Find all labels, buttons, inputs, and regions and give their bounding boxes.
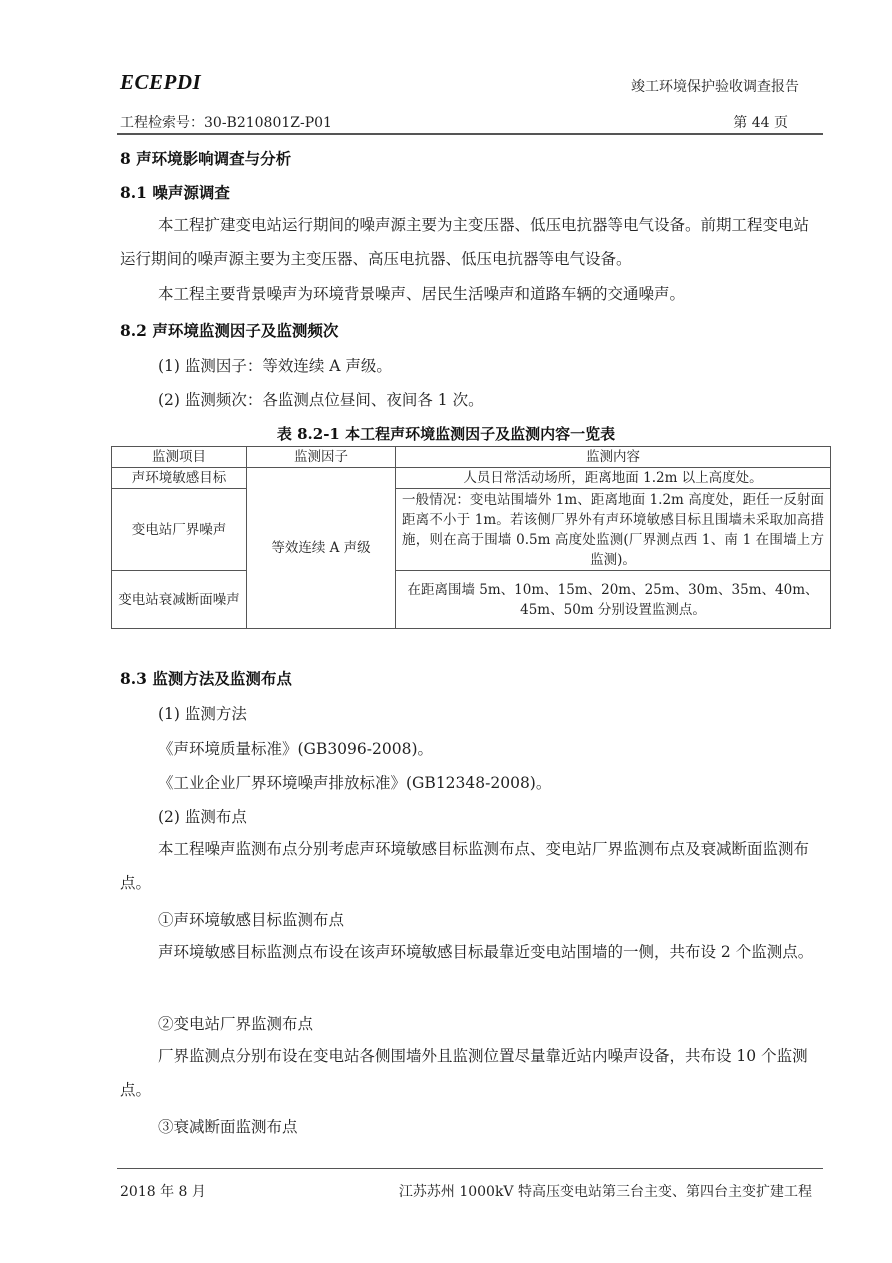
table-header-cell: 监测内容 — [396, 447, 831, 468]
list-item-monitoring-method: (1) 监测方法 — [158, 702, 247, 724]
table-cell-content: 一般情况：变电站围墙外 1m、距离地面 1.2m 高度处，距任一反射面距离不小于… — [396, 489, 831, 571]
page-number: 第 44 页 — [733, 112, 788, 132]
section-heading-8: 8 声环境影响调查与分析 — [120, 147, 291, 169]
table-cell-item: 声环境敏感目标 — [112, 468, 247, 489]
footer-project-name: 江苏苏州 1000kV 特高压变电站第三台主变、第四台主变扩建工程 — [399, 1181, 812, 1201]
table-header-cell: 监测项目 — [112, 447, 247, 468]
table-cell-content: 在距离围墙 5m、10m、15m、20m、25m、30m、35m、40m、45m… — [396, 571, 831, 629]
section-heading-8-3: 8.3 监测方法及监测布点 — [120, 667, 292, 689]
table-cell-item: 变电站厂界噪声 — [112, 489, 247, 571]
table-caption: 表 8.2-1 本工程声环境监测因子及监测内容一览表 — [0, 423, 892, 444]
header-divider — [117, 133, 823, 135]
report-title: 竣工环境保护验收调查报告 — [631, 76, 799, 96]
subheading-boundary: ②变电站厂界监测布点 — [158, 1012, 313, 1034]
list-item-monitoring-factor: (1) 监测因子：等效连续 A 声级。 — [158, 354, 392, 376]
table-cell-factor: 等效连续 A 声级 — [247, 468, 396, 629]
monitoring-table: 监测项目 监测因子 监测内容 声环境敏感目标 等效连续 A 声级 人员日常活动场… — [111, 446, 831, 629]
table-cell-item: 变电站衰减断面噪声 — [112, 571, 247, 629]
table-row: 声环境敏感目标 等效连续 A 声级 人员日常活动场所，距离地面 1.2m 以上高… — [112, 468, 831, 489]
company-logo: ECEPDI — [120, 70, 201, 95]
table-row: 变电站衰减断面噪声 在距离围墙 5m、10m、15m、20m、25m、30m、3… — [112, 571, 831, 629]
list-item-monitoring-layout: (2) 监测布点 — [158, 805, 247, 827]
subheading-attenuation: ③衰减断面监测布点 — [158, 1115, 298, 1137]
paragraph-layout-overview: 本工程噪声监测布点分别考虑声环境敏感目标监测布点、变电站厂界监测布点及衰减断面监… — [120, 832, 822, 900]
list-item-monitoring-frequency: (2) 监测频次：各监测点位昼间、夜间各 1 次。 — [158, 388, 484, 410]
document-page: ECEPDI 竣工环境保护验收调查报告 工程检索号：30-B210801Z-P0… — [0, 0, 892, 1263]
footer-date: 2018 年 8 月 — [120, 1181, 206, 1201]
table-header-row: 监测项目 监测因子 监测内容 — [112, 447, 831, 468]
paragraph-sensitive-target: 声环境敏感目标监测点布设在该声环境敏感目标最靠近变电站围墙的一侧，共布设 2 个… — [120, 935, 822, 969]
standard-reference-2: 《工业企业厂界环境噪声排放标准》(GB12348-2008)。 — [158, 771, 551, 793]
section-heading-8-2: 8.2 声环境监测因子及监测频次 — [120, 319, 338, 341]
paragraph-noise-sources: 本工程扩建变电站运行期间的噪声源主要为主变压器、低压电抗器等电气设备。前期工程变… — [120, 208, 822, 276]
footer-divider — [117, 1168, 823, 1169]
section-heading-8-1: 8.1 噪声源调查 — [120, 181, 230, 203]
standard-reference-1: 《声环境质量标准》(GB3096-2008)。 — [158, 737, 433, 759]
table-header-cell: 监测因子 — [247, 447, 396, 468]
subheading-sensitive-target: ①声环境敏感目标监测布点 — [158, 908, 344, 930]
project-code: 工程检索号：30-B210801Z-P01 — [120, 112, 332, 132]
paragraph-background-noise: 本工程主要背景噪声为环境背景噪声、居民生活噪声和道路车辆的交通噪声。 — [120, 277, 822, 311]
table-cell-content: 人员日常活动场所，距离地面 1.2m 以上高度处。 — [396, 468, 831, 489]
paragraph-boundary: 厂界监测点分别布设在变电站各侧围墙外且监测位置尽量靠近站内噪声设备，共布设 10… — [120, 1039, 822, 1107]
table-row: 变电站厂界噪声 一般情况：变电站围墙外 1m、距离地面 1.2m 高度处，距任一… — [112, 489, 831, 571]
